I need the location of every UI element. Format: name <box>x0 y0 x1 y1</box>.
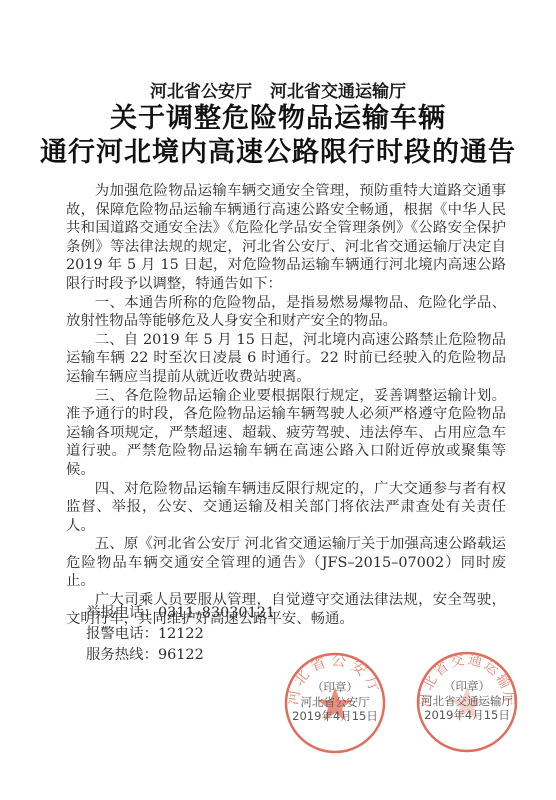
document-title-line-1: 关于调整危险物品运输车辆 <box>0 104 556 134</box>
official-seal-public-security: 河北省公安厅 （印章） 河北省公安厅 2019年4月15日 <box>283 651 387 755</box>
paragraph-item-1: 一、本通告所称的危险物品，是指易燃易爆物品、危险化学品、放射性物品等能够危及人身… <box>66 294 506 331</box>
issuing-authorities: 河北省公安厅河北省交通运输厅 <box>0 82 556 102</box>
paragraph-item-4: 四、对危险物品运输车辆违反限行规定的，广大交通参与者有权监督、举报，公安、交通运… <box>66 480 506 536</box>
issuer-public-security: 河北省公安厅 <box>150 82 252 102</box>
seal-mark: （印章） <box>415 679 519 693</box>
seal-mark: （印章） <box>283 680 387 694</box>
notice-document: 河北省公安厅河北省交通运输厅 关于调整危险物品运输车辆 通行河北境内高速公路限行… <box>0 0 556 800</box>
document-title-line-2: 通行河北境内高速公路限行时段的通告 <box>0 138 556 168</box>
contact-service-hotline: 服务热线：96122 <box>86 645 275 666</box>
contact-report-hotline: 举报电话：0311–83030121 <box>86 603 275 624</box>
contact-numbers: 举报电话：0311–83030121 报警电话：12122 服务热线：96122 <box>86 603 275 666</box>
document-body: 为加强危险物品运输车辆交通安全管理，预防重特大道路交通事故，保障危险物品运输车辆… <box>66 182 506 628</box>
official-seal-transport: 河北省交通运输厅 （印章） 河北省交通运输厅 2019年4月15日 <box>415 650 519 754</box>
paragraph-item-5: 五、原《河北省公安厅 河北省交通运输厅关于加强高速公路载运危险物品车辆交通安全管… <box>66 535 506 591</box>
seal-org-name: 河北省公安厅 <box>283 695 387 709</box>
paragraph-intro: 为加强危险物品运输车辆交通安全管理，预防重特大道路交通事故，保障危险物品运输车辆… <box>66 182 506 294</box>
seal-org-name: 河北省交通运输厅 <box>415 694 519 708</box>
contact-police-hotline: 报警电话：12122 <box>86 624 275 645</box>
seal-date: 2019年4月15日 <box>283 709 387 723</box>
paragraph-item-2: 二、自 2019 年 5 月 15 日起，河北境内高速公路禁止危险物品运输车辆 … <box>66 331 506 387</box>
issuer-transport: 河北省交通运输厅 <box>270 82 406 102</box>
paragraph-item-3: 三、各危险物品运输企业要根据限行规定，妥善调整运输计划。准予通行的时段，各危险物… <box>66 387 506 480</box>
seal-date: 2019年4月15日 <box>415 708 519 722</box>
